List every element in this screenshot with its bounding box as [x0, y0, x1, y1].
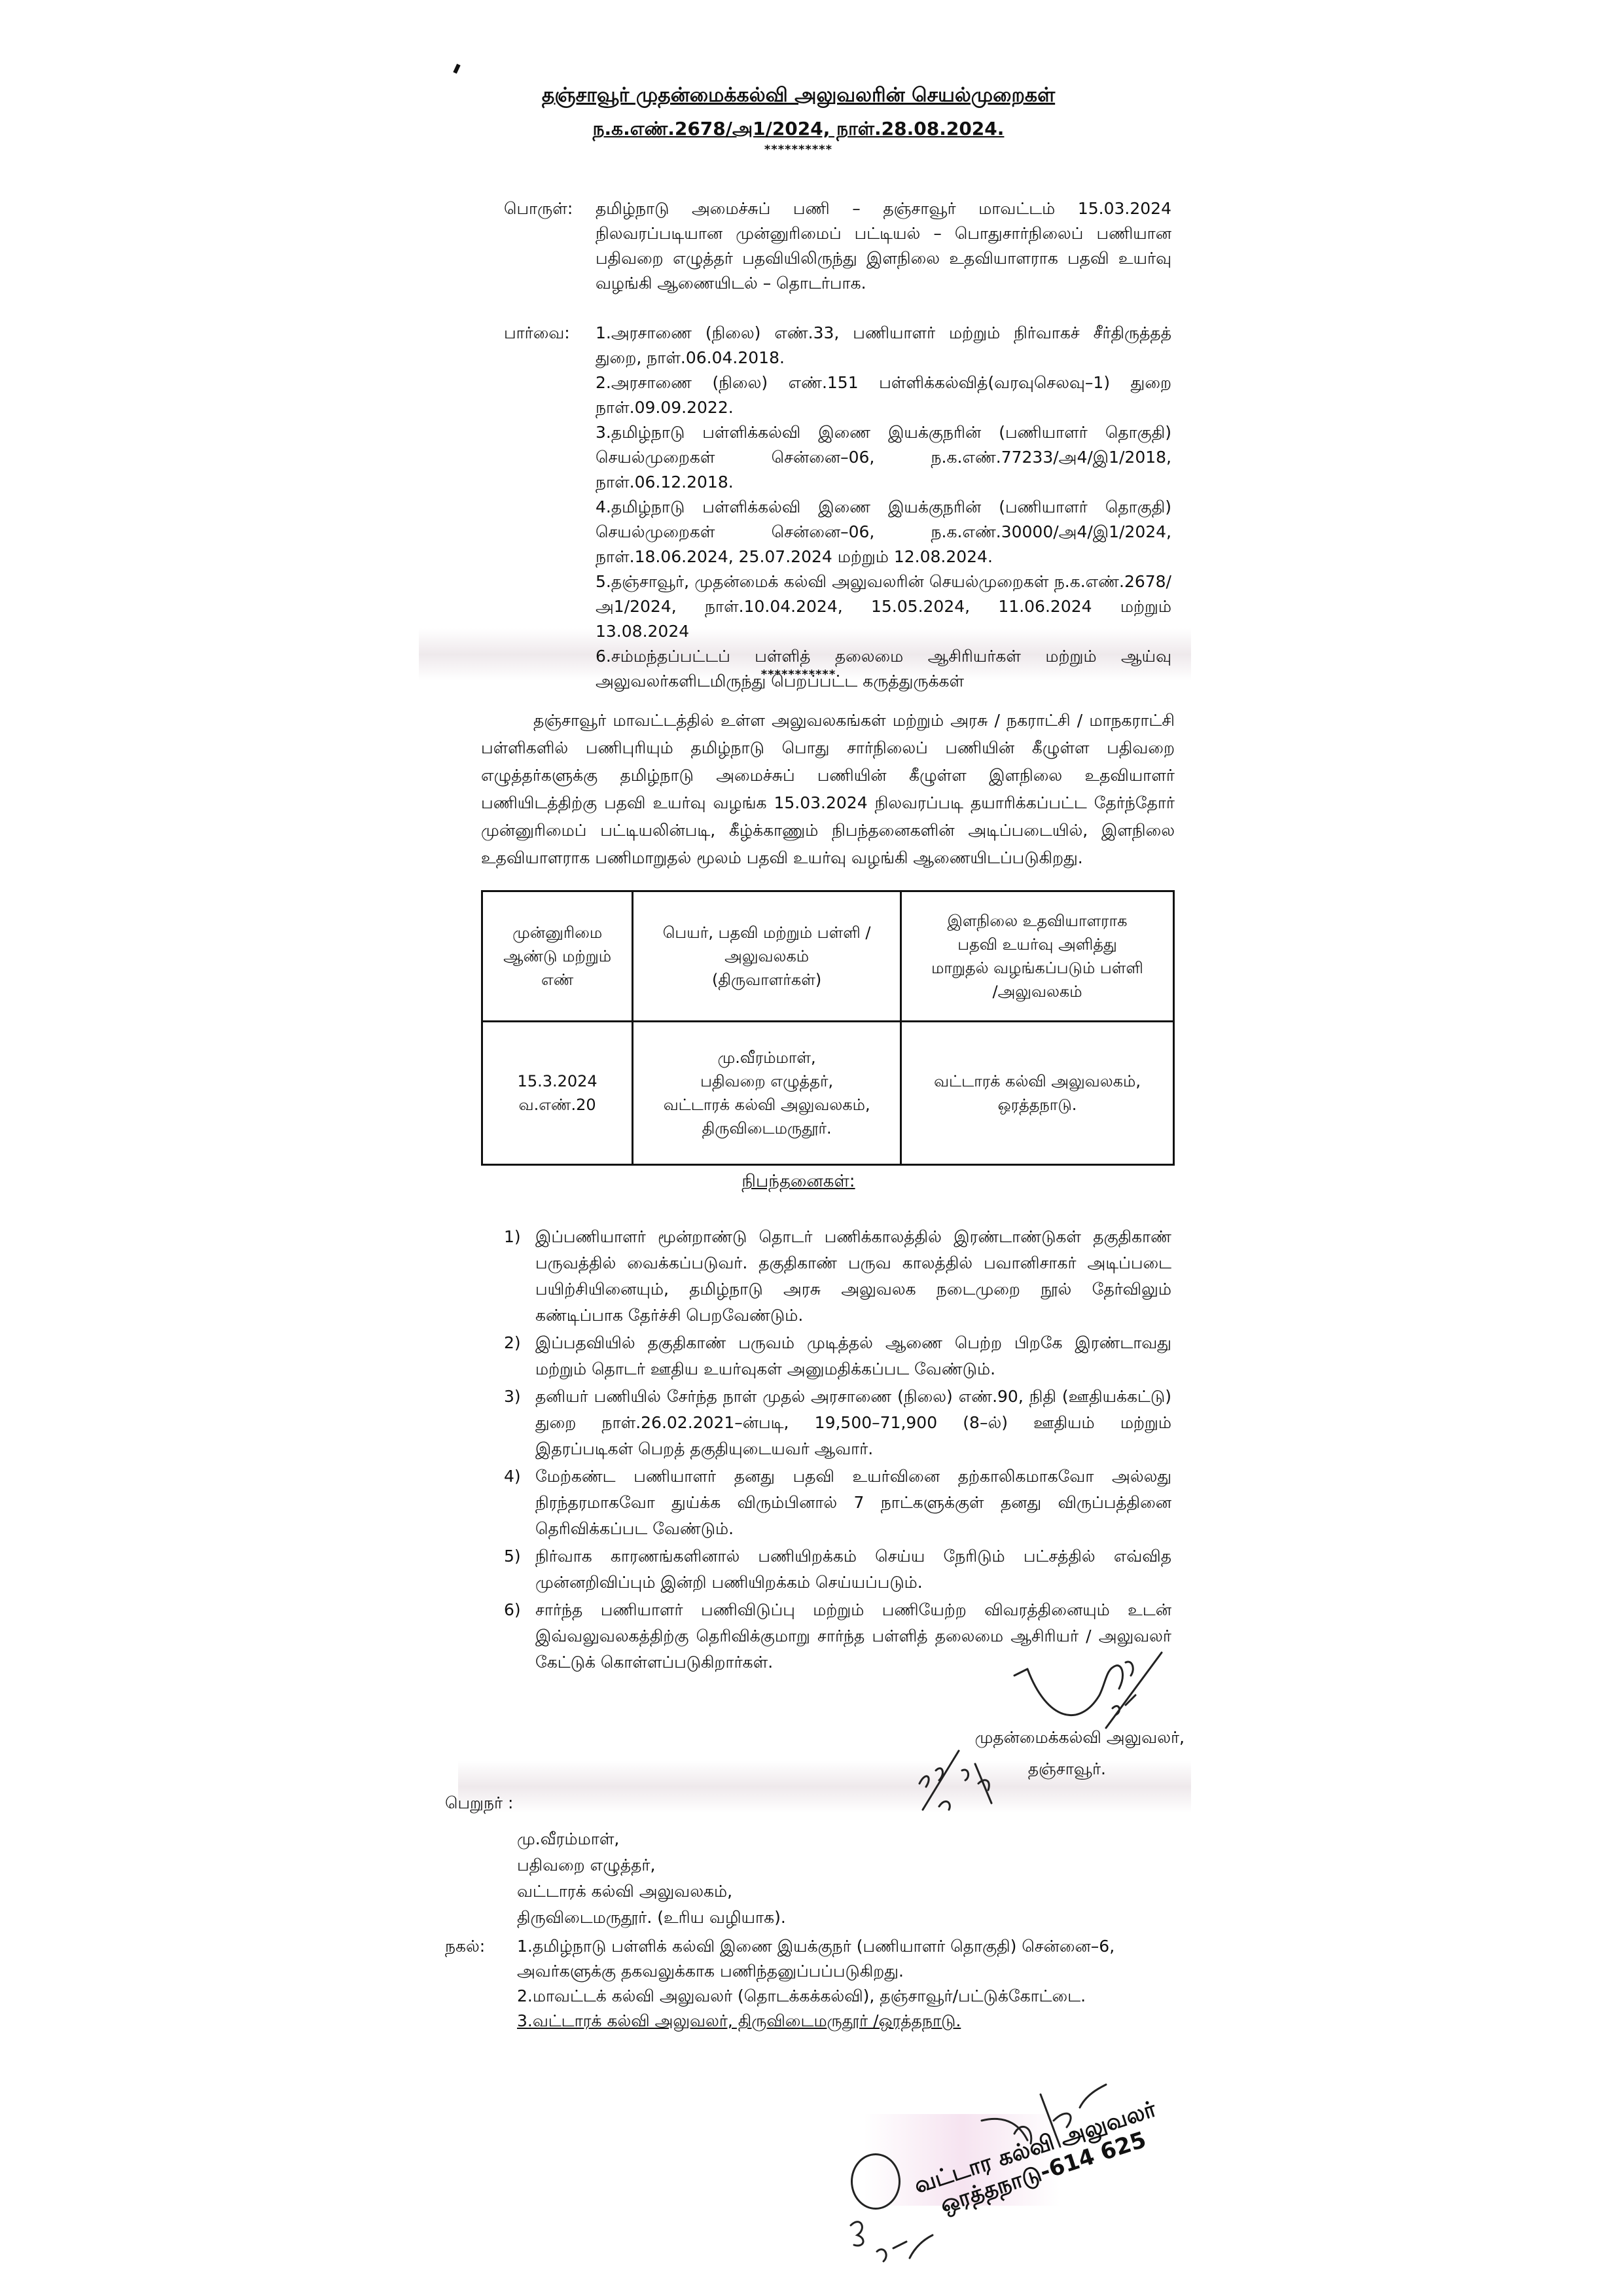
condition-item: 3)தனியர் பணியில் சேர்ந்த நாள் முதல் அரசா… — [504, 1384, 1171, 1462]
recipient-address: மு.வீரம்மாள், பதிவறை எழுத்தர், வட்டாரக் … — [517, 1826, 786, 1931]
reference-item: 1.அரசாணை (நிலை) எண்.33, பணியாளர் மற்றும்… — [596, 321, 1171, 370]
recipient-label: பெறுநர் : — [445, 1793, 513, 1815]
header-posting: இளநிலை உதவியாளராக பதவி உயர்வு அளித்து மா… — [901, 891, 1174, 1022]
cell-posting: வட்டாரக் கல்வி அலுவலகம், ஒரத்தநாடு. — [901, 1022, 1174, 1165]
condition-item: 4)மேற்கண்ட பணியாளர் தனது பதவி உயர்வினை த… — [504, 1463, 1171, 1542]
stamp-seal-icon — [851, 2153, 901, 2210]
copy-item: அவர்களுக்கு தகவலுக்காக பணிந்தனுப்பப்படுக… — [517, 1959, 1115, 1984]
cell-name-post: மு.வீரம்மாள், பதிவறை எழுத்தர், வட்டாரக் … — [633, 1022, 901, 1165]
references-label: பார்வை: — [504, 321, 596, 694]
subject-text: தமிழ்நாடு அமைச்சுப் பணி – தஞ்சாவூர் மாவட… — [596, 196, 1171, 296]
separator: ********** — [406, 143, 1191, 156]
reference-item: 3.தமிழ்நாடு பள்ளிக்கல்வி இணை இயக்குநரின்… — [596, 420, 1171, 495]
references-list: 1.அரசாணை (நிலை) எண்.33, பணியாளர் மற்றும்… — [596, 321, 1171, 694]
table-row: 15.3.2024 வ.எண்.20 மு.வீரம்மாள், பதிவறை … — [482, 1022, 1174, 1165]
header-name-post: பெயர், பதவி மற்றும் பள்ளி / அலுவலகம் (தி… — [633, 891, 901, 1022]
copy-to-list: 1.தமிழ்நாடு பள்ளிக் கல்வி இணை இயக்குநர் … — [517, 1934, 1115, 2034]
reference-item: 5.தஞ்சாவூர், முதன்மைக் கல்வி அலுவலரின் ச… — [596, 569, 1171, 644]
date-initials-icon — [844, 2212, 936, 2271]
condition-item: 5)நிர்வாக காரணங்களினால் பணியிறக்கம் செய்… — [504, 1543, 1171, 1596]
header-priority: முன்னுரிமை ஆண்டு மற்றும் எண் — [482, 891, 633, 1022]
order-paragraph: தஞ்சாவூர் மாவட்டத்தில் உள்ள அலுவலகங்கள் … — [481, 707, 1175, 872]
copy-to-label: நகல்: — [445, 1934, 517, 2034]
table-header-row: முன்னுரிமை ஆண்டு மற்றும் எண் பெயர், பதவி… — [482, 891, 1174, 1022]
copy-item: 1.தமிழ்நாடு பள்ளிக் கல்வி இணை இயக்குநர் … — [517, 1934, 1115, 1959]
condition-item: 2)இப்பதவியில் தகுதிகாண் பருவம் முடித்தல்… — [504, 1330, 1171, 1382]
separator: *********** — [406, 668, 1191, 681]
condition-item: 1)இப்பணியாளர் மூன்றாண்டு தொடர் பணிக்காலத… — [504, 1224, 1171, 1329]
promotion-table: முன்னுரிமை ஆண்டு மற்றும் எண் பெயர், பதவி… — [481, 890, 1175, 1166]
copy-to-block: நகல்: 1.தமிழ்நாடு பள்ளிக் கல்வி இணை இயக்… — [445, 1934, 1185, 2034]
copy-item: 3.வட்டாரக் கல்வி அலுவலர், திருவிடைமருதூர… — [517, 2009, 1115, 2034]
reference-number: ந.க.எண்.2678/அ1/2024, நாள்.28.08.2024. — [406, 118, 1191, 142]
copy-item: 2.மாவட்டக் கல்வி அலுவலர் (தொடக்கக்கல்வி)… — [517, 1984, 1115, 2009]
document-title: தஞ்சாவூர் முதன்மைக்கல்வி அலுவலரின் செயல்… — [406, 84, 1191, 109]
conditions-list: 1)இப்பணியாளர் மூன்றாண்டு தொடர் பணிக்காலத… — [504, 1224, 1171, 1677]
reference-item: 4.தமிழ்நாடு பள்ளிக்கல்வி இணை இயக்குநரின்… — [596, 495, 1171, 569]
subject-label: பொருள்: — [504, 196, 596, 296]
reference-item: 2.அரசாணை (நிலை) எண்.151 பள்ளிக்கல்வித்(வ… — [596, 370, 1171, 420]
references-block: பார்வை: 1.அரசாணை (நிலை) எண்.33, பணியாளர்… — [504, 321, 1171, 694]
conditions-heading: நிபந்தனைகள்: — [406, 1172, 1191, 1193]
cell-priority: 15.3.2024 வ.எண்.20 — [482, 1022, 633, 1165]
signature-icon — [1008, 1649, 1165, 1741]
initials-icon — [913, 1744, 1011, 1816]
subject-block: பொருள்: தமிழ்நாடு அமைச்சுப் பணி – தஞ்சாவ… — [504, 196, 1171, 296]
